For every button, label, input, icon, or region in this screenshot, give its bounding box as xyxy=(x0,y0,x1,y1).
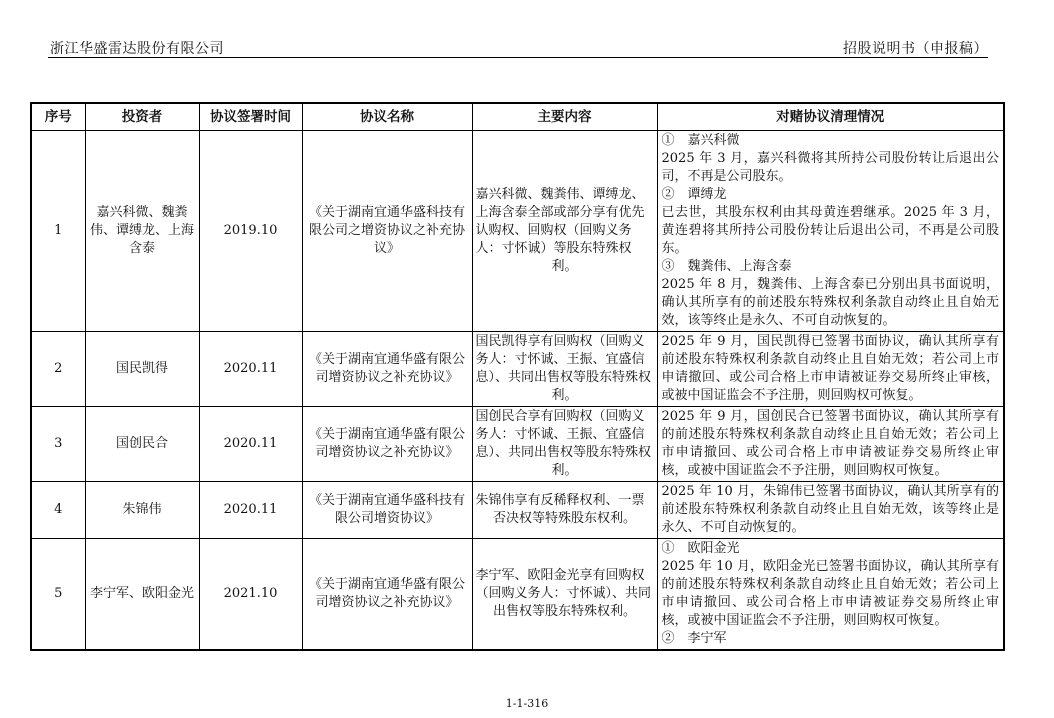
company-name: 浙江华盛雷达股份有限公司 xyxy=(50,38,224,58)
column-header-clearance: 对赌协议清理情况 xyxy=(657,103,1004,131)
table-header-row: 序号 投资者 协议签署时间 协议名称 主要内容 对赌协议清理情况 xyxy=(31,103,1004,131)
table-row: 5 李宁军、欧阳金光 2021.10 《关于湖南宜通华盛有限公司增资协议之补充协… xyxy=(31,539,1004,651)
clearance-item-heading: ② 谭缚龙 xyxy=(662,186,1000,204)
cell-investor: 嘉兴科微、魏粪伟、谭缚龙、上海含泰 xyxy=(85,131,199,332)
cell-clearance: 2025 年 9 月，国民凯得已签署书面协议，确认其所享有前述股东特殊权利条款自… xyxy=(657,332,1004,407)
cell-date: 2020.11 xyxy=(199,332,302,407)
column-header-content: 主要内容 xyxy=(472,103,657,131)
cell-content: 国创民合享有回购权（回购义务人：寸怀诚、王振、宜盛信息）、共同出售权等股东特殊权… xyxy=(472,407,657,482)
clearance-item-text: 2025 年 9 月，国民凯得已签署书面协议，确认其所享有前述股东特殊权利条款自… xyxy=(662,333,1000,405)
clearance-item-text: 2025 年 8 月，魏粪伟、上海含泰已分别出具书面说明，确认其所享有的前述股东… xyxy=(662,276,1000,330)
clearance-item-text: 2025 年 9 月，国创民合已签署书面协议，确认其所享有的前述股东特殊权利条款… xyxy=(662,408,1000,480)
cell-investor: 李宁军、欧阳金光 xyxy=(85,539,199,651)
cell-clearance: 2025 年 9 月，国创民合已签署书面协议，确认其所享有的前述股东特殊权利条款… xyxy=(657,407,1004,482)
cell-clearance: ① 欧阳金光 2025 年 10 月，欧阳金光已签署书面协议，确认其所享有的前述… xyxy=(657,539,1004,651)
clearance-item-text: 2025 年 10 月，欧阳金光已签署书面协议，确认其所享有的前述股东特殊权利条… xyxy=(662,558,1000,630)
cell-date: 2020.11 xyxy=(199,482,302,539)
clearance-item-text: 2025 年 3 月，嘉兴科微将其所持公司股份转让后退出公司，不再是公司股东。 xyxy=(662,150,1000,186)
table-row: 1 嘉兴科微、魏粪伟、谭缚龙、上海含泰 2019.10 《关于湖南宜通华盛科技有… xyxy=(31,131,1004,332)
cell-investor: 朱锦伟 xyxy=(85,482,199,539)
cell-date: 2021.10 xyxy=(199,539,302,651)
cell-clearance: ① 嘉兴科微 2025 年 3 月，嘉兴科微将其所持公司股份转让后退出公司，不再… xyxy=(657,131,1004,332)
cell-no: 4 xyxy=(31,482,85,539)
cell-no: 2 xyxy=(31,332,85,407)
cell-content: 李宁军、欧阳金光享有回购权（回购义务人：寸怀诚）、共同出售权等股东特殊权利。 xyxy=(472,539,657,651)
cell-no: 3 xyxy=(31,407,85,482)
clearance-item-heading: ① 嘉兴科微 xyxy=(662,132,1000,150)
cell-no: 1 xyxy=(31,131,85,332)
cell-date: 2019.10 xyxy=(199,131,302,332)
clearance-item-heading: ③ 魏粪伟、上海含泰 xyxy=(662,258,1000,276)
cell-investor: 国民凯得 xyxy=(85,332,199,407)
table-row: 4 朱锦伟 2020.11 《关于湖南宜通华盛科技有限公司增资协议》 朱锦伟享有… xyxy=(31,482,1004,539)
table-row: 3 国创民合 2020.11 《关于湖南宜通华盛有限公司增资协议之补充协议》 国… xyxy=(31,407,1004,482)
cell-investor: 国创民合 xyxy=(85,407,199,482)
clearance-item-heading: ① 欧阳金光 xyxy=(662,540,1000,558)
cell-content: 国民凯得享有回购权（回购义务人：寸怀诚、王振、宜盛信息）、共同出售权等股东特殊权… xyxy=(472,332,657,407)
column-header-agreement: 协议名称 xyxy=(302,103,472,131)
cell-content: 朱锦伟享有反稀释权利、一票否决权等特殊股东权利。 xyxy=(472,482,657,539)
clearance-item-text: 已去世，其股东权利由其母黄连碧继承。2025 年 3 月，黄连碧将其所持公司股份… xyxy=(662,204,1000,258)
cell-agreement: 《关于湖南宜通华盛有限公司增资协议之补充协议》 xyxy=(302,407,472,482)
document-title: 招股说明书（申报稿） xyxy=(843,38,988,58)
cell-agreement: 《关于湖南宜通华盛有限公司增资协议之补充协议》 xyxy=(302,332,472,407)
header-divider xyxy=(48,57,988,58)
column-header-date: 协议签署时间 xyxy=(199,103,302,131)
vam-agreement-table: 序号 投资者 协议签署时间 协议名称 主要内容 对赌协议清理情况 1 嘉兴科微、… xyxy=(30,102,1005,651)
cell-agreement: 《关于湖南宜通华盛科技有限公司增资协议》 xyxy=(302,482,472,539)
cell-content: 嘉兴科微、魏粪伟、谭缚龙、上海含泰全部或部分享有优先认购权、回购权（回购义务人：… xyxy=(472,131,657,332)
clearance-item-heading: ② 李宁军 xyxy=(662,630,1000,648)
cell-agreement: 《关于湖南宜通华盛科技有限公司之增资协议之补充协议》 xyxy=(302,131,472,332)
cell-date: 2020.11 xyxy=(199,407,302,482)
page-number: 1-1-316 xyxy=(0,697,1054,710)
column-header-investor: 投资者 xyxy=(85,103,199,131)
cell-clearance: 2025 年 10 月，朱锦伟已签署书面协议，确认其所享有的前述股东特殊权利条款… xyxy=(657,482,1004,539)
table-row: 2 国民凯得 2020.11 《关于湖南宜通华盛有限公司增资协议之补充协议》 国… xyxy=(31,332,1004,407)
clearance-item-text: 2025 年 10 月，朱锦伟已签署书面协议，确认其所享有的前述股东特殊权利条款… xyxy=(662,483,1000,537)
column-header-no: 序号 xyxy=(31,103,85,131)
cell-no: 5 xyxy=(31,539,85,651)
cell-agreement: 《关于湖南宜通华盛有限公司增资协议之补充协议》 xyxy=(302,539,472,651)
